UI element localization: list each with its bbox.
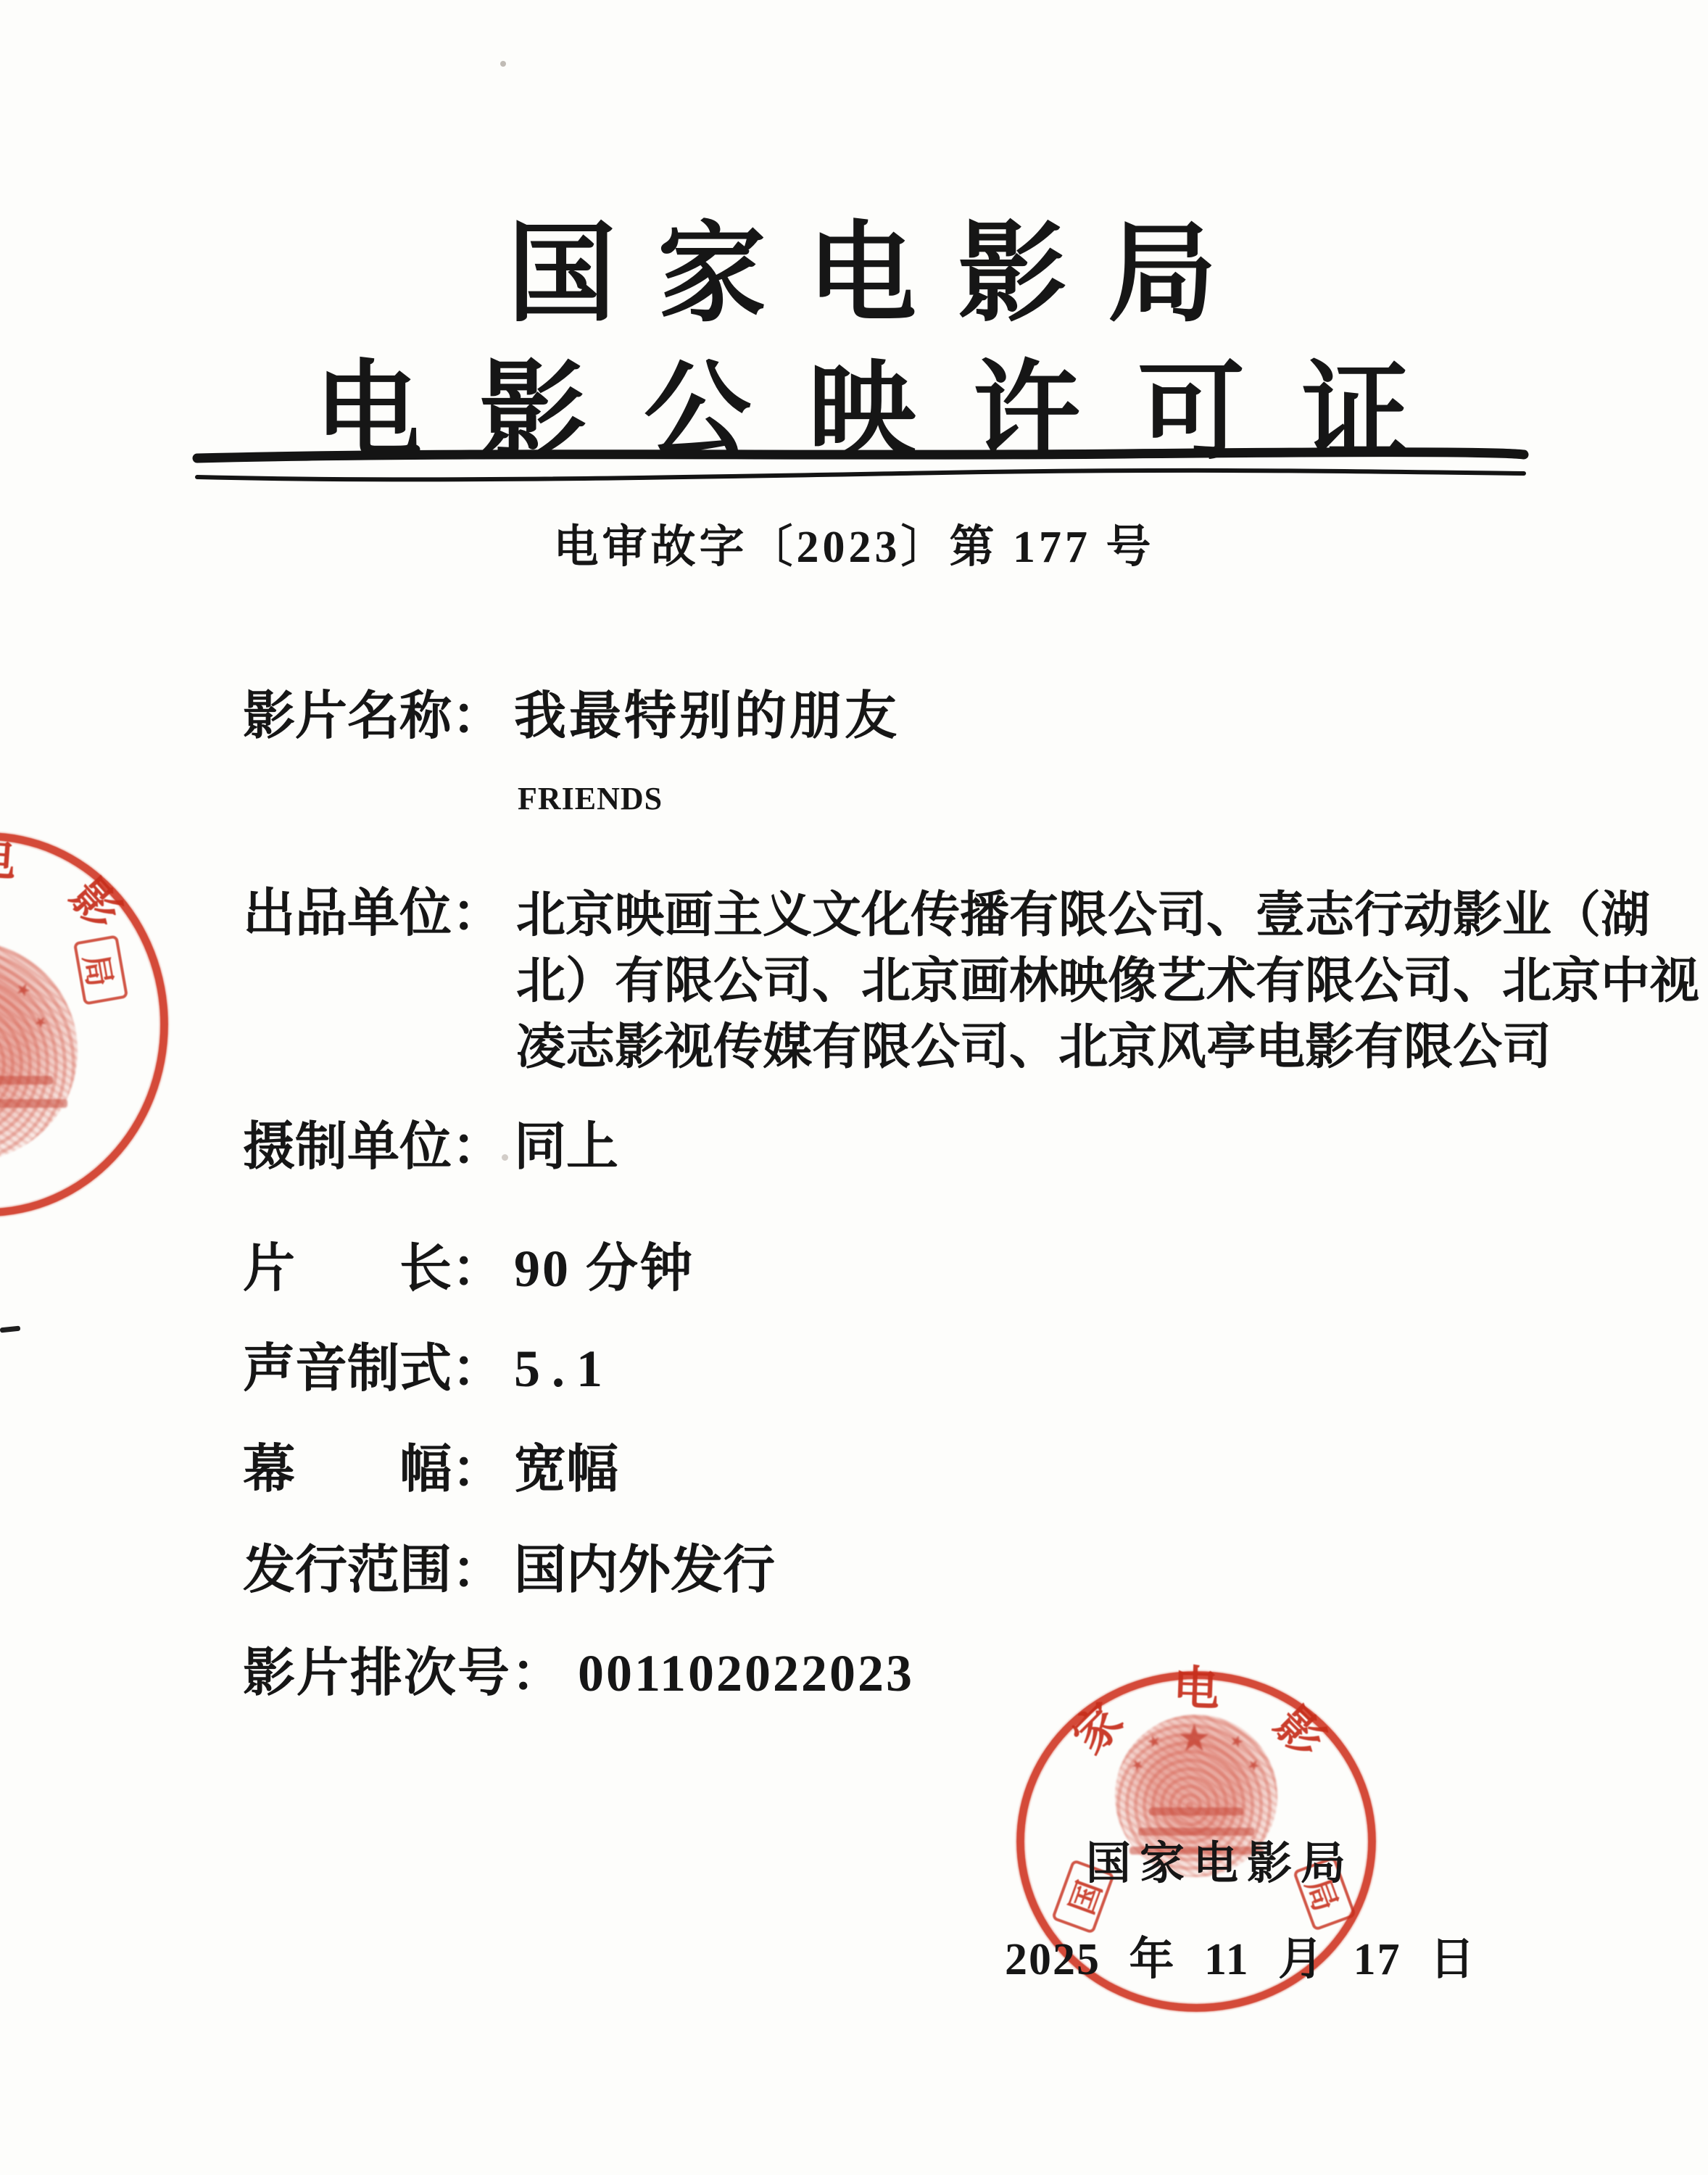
field-label: 出品单位 <box>243 884 452 942</box>
star-icon: ★ <box>12 979 33 1002</box>
field-value-film-serial-number: 001102022023 <box>578 1647 914 1699</box>
star-icon: ★ <box>1177 1720 1211 1758</box>
license-number: 电审故字〔2023〕第 177 号 <box>0 510 1708 575</box>
field-sound-format: 声音制式：5.1 <box>243 1343 614 1395</box>
star-icon: ★ <box>1145 1731 1164 1751</box>
field-colon: ： <box>452 1243 504 1295</box>
field-label: 发行范围 <box>243 1541 452 1599</box>
field-value-film-title-english: FRIENDS <box>518 780 663 817</box>
field-value-screen-format: 宽幅 <box>514 1443 618 1496</box>
field-production-company-label: 出品单位： <box>243 887 504 940</box>
field-label: 片 长 <box>243 1240 452 1298</box>
emblem-gate-bar <box>0 1076 53 1085</box>
production-company-line: 北）有限公司、北京画林映像艺术有限公司、北京中视 <box>516 948 1699 1014</box>
field-label: 影片名称 <box>243 687 452 745</box>
field-value-filming-company: 同上 <box>514 1121 618 1173</box>
field-label: 声音制式 <box>243 1340 452 1398</box>
field-distribution-scope: 发行范围：国内外发行 <box>243 1544 775 1596</box>
field-colon: ： <box>452 1121 504 1173</box>
field-filming-company: 摄制单位：同上 <box>243 1121 618 1173</box>
field-colon: ： <box>452 690 504 742</box>
seal-char-dian: 电 <box>1172 1665 1220 1713</box>
scan-artifact-dash <box>0 1326 20 1333</box>
production-company-line: 凌志影视传媒有限公司、北京风亭电影有限公司 <box>516 1014 1699 1080</box>
scan-artifact-dot <box>502 1154 508 1161</box>
field-colon: ： <box>452 887 504 940</box>
authority-title: 国家电影局 <box>0 186 1708 342</box>
field-value-film-length: 90 分钟 <box>514 1243 695 1295</box>
field-label: 摄制单位 <box>243 1118 452 1176</box>
star-icon: ★ <box>1244 1756 1263 1775</box>
star-icon: ★ <box>1227 1731 1246 1751</box>
field-film-serial-number: 影片排次号：001102022023 <box>243 1647 914 1699</box>
field-label: 影片排次号 <box>243 1644 511 1702</box>
field-value-distribution-scope: 国内外发行 <box>514 1544 775 1596</box>
emblem-gate-bar <box>1149 1807 1243 1815</box>
production-company-line: 北京映画主义文化传播有限公司、壹志行动影业（湖 <box>516 882 1699 948</box>
star-icon: ★ <box>1128 1756 1147 1775</box>
field-film-length: 片 长：90 分钟 <box>243 1243 695 1295</box>
scan-artifact-dot <box>500 61 506 67</box>
field-label: 幕 幅 <box>243 1441 452 1499</box>
official-seal-left-edge: ★ ★ 电 影 局 <box>0 819 203 1254</box>
title-double-rule <box>181 444 1544 487</box>
field-value-film-title: 我最特别的朋友 <box>514 690 900 742</box>
emblem-gate-bar <box>0 1099 67 1108</box>
field-colon: ： <box>511 1647 565 1699</box>
field-colon: ： <box>452 1443 504 1496</box>
field-colon: ： <box>452 1343 504 1395</box>
issuer-name: 国家电影局 <box>1086 1827 1354 1892</box>
field-value-sound-format: 5.1 <box>514 1343 614 1395</box>
field-screen-format: 幕 幅：宽幅 <box>243 1443 618 1496</box>
seal-char-ju: 局 <box>75 950 127 990</box>
field-colon: ： <box>452 1544 504 1596</box>
field-film-title: 影片名称：我最特别的朋友 <box>243 690 900 742</box>
field-value-production-companies: 北京映画主义文化传播有限公司、壹志行动影业（湖 北）有限公司、北京画林映像艺术有… <box>516 882 1699 1080</box>
permit-document: 国家电影局 电影公映许可证 电审故字〔2023〕第 177 号 影片名称：我最特… <box>0 0 1708 2175</box>
issue-date: 2025 年 11 月 17 日 <box>1005 1923 1476 1987</box>
star-icon: ★ <box>31 1013 50 1032</box>
